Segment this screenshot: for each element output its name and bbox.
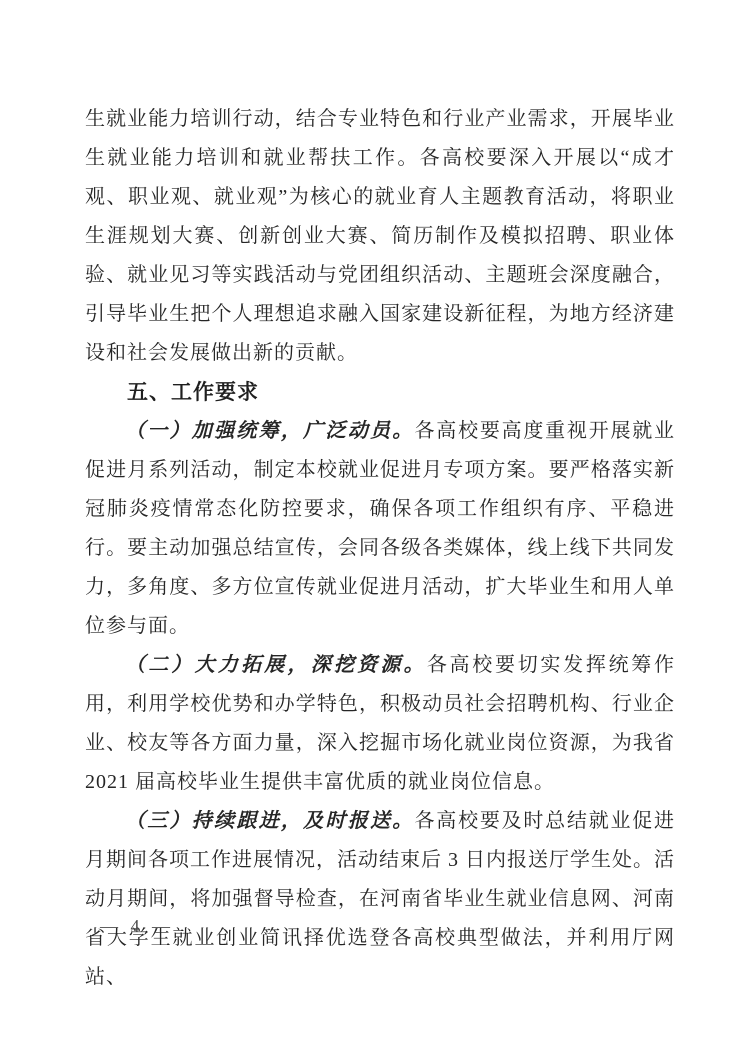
paragraph-text-3: 各高校要及时总结就业促进月期间各项工作进展情况，活动结束后 3 日内报送厅学生处…	[85, 810, 675, 988]
paragraph-item-1: （一）加强统筹，广泛动员。各高校要高度重视开展就业促进月系列活动，制定本校就业促…	[85, 412, 675, 646]
paragraph-text-1: 各高校要高度重视开展就业促进月系列活动，制定本校就业促进月专项方案。要严格落实新…	[85, 420, 675, 637]
paragraph-continuation: 生就业能力培训行动，结合专业特色和行业产业需求，开展毕业生就业能力培训和就业帮扶…	[85, 100, 675, 373]
paragraph-item-2: （二）大力拓展，深挖资源。各高校要切实发挥统筹作用，利用学校优势和办学特色，积极…	[85, 646, 675, 802]
paragraph-item-3: （三）持续跟进，及时报送。各高校要及时总结就业促进月期间各项工作进展情况，活动结…	[85, 802, 675, 997]
page-number: — 4 —	[100, 916, 174, 937]
document-page: 生就业能力培训行动，结合专业特色和行业产业需求，开展毕业生就业能力培训和就业帮扶…	[0, 0, 740, 1046]
section-heading: 五、工作要求	[85, 373, 675, 412]
paragraph-lead-1: （一）加强统筹，广泛动员。	[125, 420, 415, 442]
paragraph-lead-2: （二）大力拓展，深挖资源。	[125, 654, 427, 676]
paragraph-lead-3: （三）持续跟进，及时报送。	[125, 810, 415, 832]
document-body: 生就业能力培训行动，结合专业特色和行业产业需求，开展毕业生就业能力培训和就业帮扶…	[85, 100, 675, 997]
